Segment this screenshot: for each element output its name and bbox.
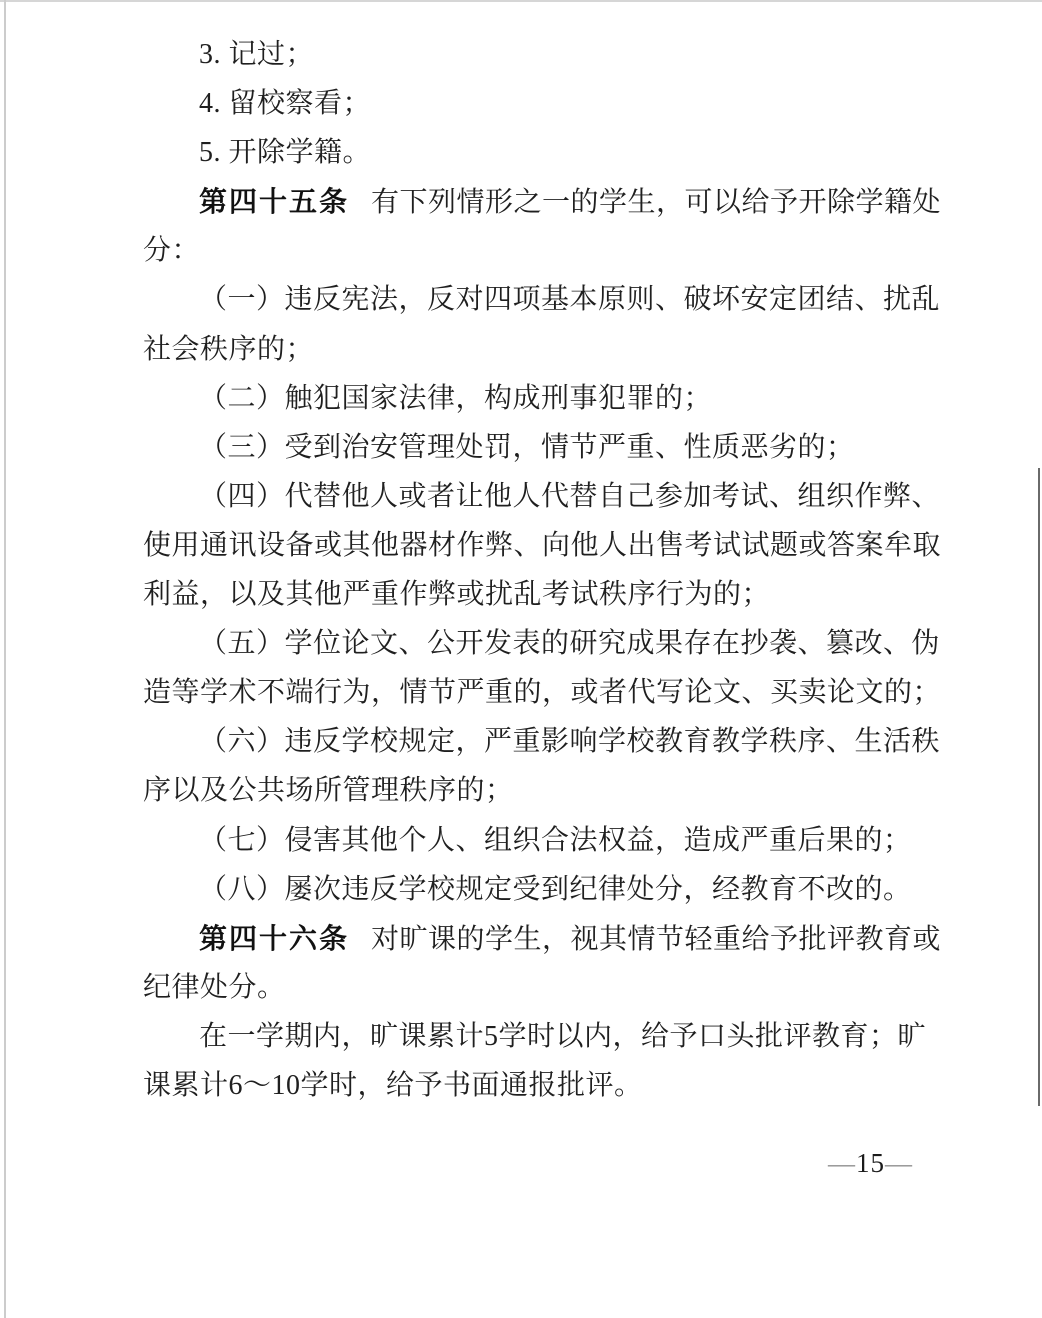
scan-left-edge-line	[4, 0, 6, 1318]
text-line: （六）违反学校规定，严重影响学校教育教学秩序、生活秩	[143, 717, 943, 766]
line-text: 分：	[143, 235, 200, 266]
line-text: （五）学位论文、公开发表的研究成果存在抄袭、篡改、伪	[199, 628, 940, 659]
footer-dash-right: —	[885, 1148, 913, 1178]
page-number: 15	[856, 1148, 885, 1178]
text-line: （八）屡次违反学校规定受到纪律处分，经教育不改的。	[143, 865, 943, 914]
text-line: （七）侵害其他个人、组织合法权益，造成严重后果的；	[143, 816, 943, 865]
line-text: 4. 留校察看；	[199, 88, 371, 119]
line-text: （二）触犯国家法律，构成刑事犯罪的；	[199, 383, 712, 414]
line-text: 造等学术不端行为，情节严重的，或者代写论文、买卖论文的；	[143, 677, 941, 708]
text-line: （一）违反宪法，反对四项基本原则、破坏安定团结、扰乱	[143, 275, 943, 324]
line-text: 有下列情形之一的学生，可以给予开除学籍处	[371, 187, 941, 218]
document-page: 3. 记过；4. 留校察看；5. 开除学籍。第四十五条有下列情形之一的学生，可以…	[0, 0, 1042, 1318]
text-line: 分：	[143, 226, 943, 275]
line-text: 序以及公共场所管理秩序的；	[143, 775, 514, 806]
line-text: 利益，以及其他严重作弊或扰乱考试秩序行为的；	[143, 579, 770, 610]
line-text: 社会秩序的；	[143, 334, 314, 365]
line-text: 3. 记过；	[199, 39, 314, 70]
text-line: 5. 开除学籍。	[143, 128, 943, 177]
scan-right-artifact-line	[1038, 468, 1040, 1106]
line-text: （八）屡次违反学校规定受到纪律处分，经教育不改的。	[199, 874, 912, 905]
text-line: 4. 留校察看；	[143, 79, 943, 128]
text-line: 社会秩序的；	[143, 325, 943, 374]
text-line: 3. 记过；	[143, 30, 943, 79]
line-text: 对旷课的学生，视其情节轻重给予批评教育或	[371, 924, 941, 955]
line-text: 课累计6～10学时，给予书面通报批评。	[143, 1070, 643, 1101]
text-line: （四）代替他人或者让他人代替自己参加考试、组织作弊、	[143, 472, 943, 521]
article-number: 第四十六条	[199, 923, 349, 954]
line-text: （三）受到治安管理处罚，情节严重、性质恶劣的；	[199, 432, 855, 463]
text-line: 第四十六条对旷课的学生，视其情节轻重给予批评教育或	[143, 914, 943, 963]
text-line: 在一学期内，旷课累计5学时以内，给予口头批评教育；旷	[143, 1012, 943, 1061]
line-text: （六）违反学校规定，严重影响学校教育教学秩序、生活秩	[199, 726, 940, 757]
line-text: （四）代替他人或者让他人代替自己参加考试、组织作弊、	[199, 481, 940, 512]
text-line: 造等学术不端行为，情节严重的，或者代写论文、买卖论文的；	[143, 668, 943, 717]
line-text: 在一学期内，旷课累计5学时以内，给予口头批评教育；旷	[199, 1021, 926, 1052]
scan-top-edge-line	[0, 0, 1042, 2]
line-text: 纪律处分。	[143, 972, 286, 1003]
text-line: （三）受到治安管理处罚，情节严重、性质恶劣的；	[143, 423, 943, 472]
page-footer: —15—	[0, 1143, 913, 1183]
text-line: 利益，以及其他严重作弊或扰乱考试秩序行为的；	[143, 570, 943, 619]
line-text: （一）违反宪法，反对四项基本原则、破坏安定团结、扰乱	[199, 284, 940, 315]
text-line: 第四十五条有下列情形之一的学生，可以给予开除学籍处	[143, 177, 943, 226]
footer-dash-left: —	[828, 1148, 856, 1178]
text-line: 课累计6～10学时，给予书面通报批评。	[143, 1061, 943, 1110]
line-text: 使用通讯设备或其他器材作弊、向他人出售考试试题或答案牟取	[143, 530, 941, 561]
text-line: 使用通讯设备或其他器材作弊、向他人出售考试试题或答案牟取	[143, 521, 943, 570]
text-line: 序以及公共场所管理秩序的；	[143, 766, 943, 815]
text-line: 纪律处分。	[143, 963, 943, 1012]
document-body: 3. 记过；4. 留校察看；5. 开除学籍。第四十五条有下列情形之一的学生，可以…	[143, 30, 943, 1110]
line-text: （七）侵害其他个人、组织合法权益，造成严重后果的；	[199, 825, 912, 856]
line-text: 5. 开除学籍。	[199, 137, 371, 168]
text-line: （五）学位论文、公开发表的研究成果存在抄袭、篡改、伪	[143, 619, 943, 668]
text-line: （二）触犯国家法律，构成刑事犯罪的；	[143, 374, 943, 423]
article-number: 第四十五条	[199, 186, 349, 217]
